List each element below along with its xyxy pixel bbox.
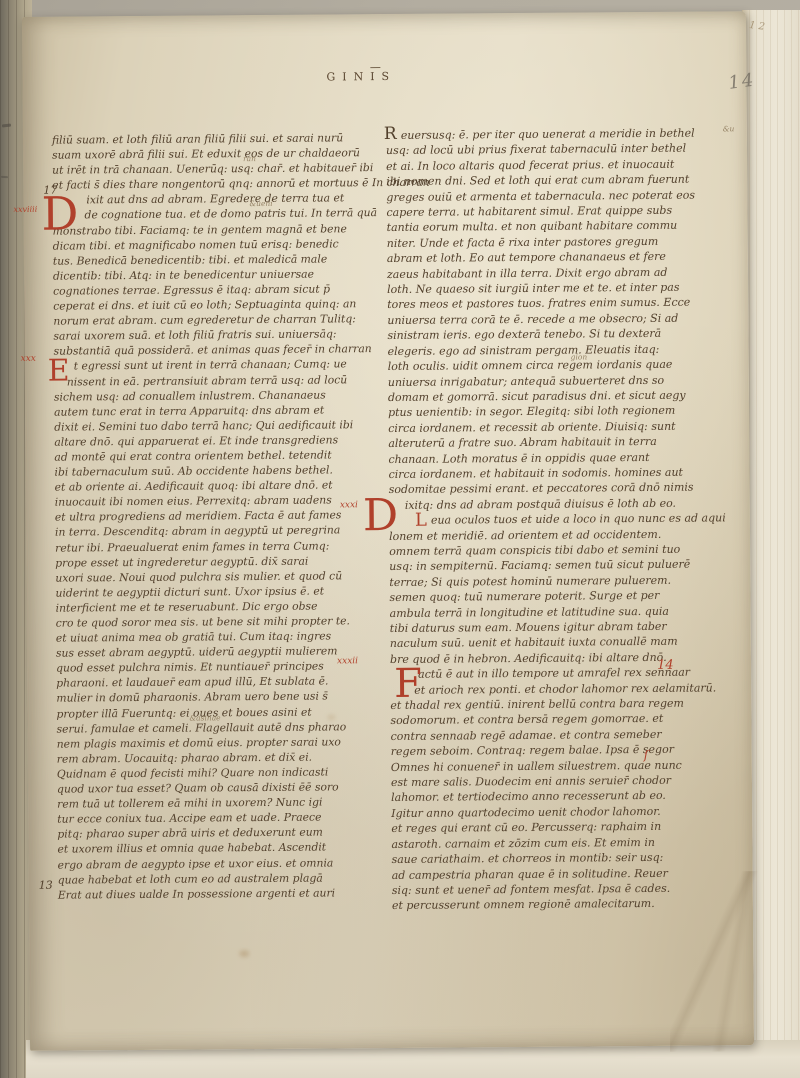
parchment-stain	[239, 950, 249, 957]
text-line: greges ouiū et armenta et tabernacula. n…	[386, 187, 744, 205]
text-line: et arioch rex ponti. et chodor lahomor r…	[390, 680, 748, 698]
margin-number-14-red: 14	[657, 658, 674, 673]
interlinear-gloss-et-ueni: &ueni	[249, 199, 272, 208]
margin-marks-layer: 17xxviiiixxx13xxxixxxii14ſ	[22, 11, 746, 17]
drop-cap-D-genesis12: D	[41, 190, 78, 236]
text-line: Erat aut diues ualde In possessione arge…	[58, 885, 372, 903]
interlinear-gloss-et-u: &u	[723, 124, 735, 133]
margin-chapter-xxviiii: xxviiii	[13, 205, 37, 214]
margin-chapter-xxxii: xxxii	[337, 656, 358, 666]
text-line: sodomitae pessimi erant. et peccatores c…	[389, 480, 747, 498]
text-line: quod uxor tua esset? Quam ob causā dixis…	[57, 779, 371, 797]
text-line: mulier in domū pharaonis. Abram uero ben…	[56, 689, 370, 707]
running-title: GINIS	[326, 70, 396, 84]
running-title-macron	[370, 67, 380, 68]
interlinear-gloss-ran: ran	[243, 154, 256, 163]
folio-number-pencil: 14	[727, 70, 756, 94]
text-column-left: filiū suam. et loth filiū aran filiū fil…	[52, 130, 372, 902]
text-line: retur ibi. Praeualuerat enim fames in te…	[55, 538, 369, 556]
margin-chapter-xxxi: xxxi	[340, 500, 358, 510]
initial-L: L	[415, 512, 427, 530]
drop-cap-E-genesis13: E	[48, 356, 70, 386]
parchment-page: GINIS 12 14 filiū suam. et loth filiū ar…	[22, 11, 754, 1051]
folio-number-ink: 12	[748, 20, 768, 33]
text-line: uiderint te aegyptii dicturi sunt. Uxor …	[55, 583, 369, 601]
drop-cap-D-genesis13-14: D	[363, 494, 399, 538]
parchment-stain	[327, 714, 335, 720]
margin-chapter-xxx: xxx	[21, 354, 36, 364]
paragraph-mark: ſ	[644, 748, 649, 762]
gloss-layer: ran&ueni&asinaegion&u	[22, 11, 746, 17]
text-line: t egressi sunt ut irent in terrā chanaan…	[54, 357, 368, 375]
parchment-crease	[669, 871, 760, 1052]
text-line: et uxorem illius et omnia quae habebat. …	[57, 840, 371, 858]
margin-number-13: 13	[39, 879, 53, 892]
text-line: nem plagis maximis et domū eius. propter…	[57, 734, 371, 752]
interlinear-gloss-gion: gion	[571, 352, 588, 361]
drop-cap-layer: DERDLF	[22, 11, 746, 17]
drop-cap-F-genesis14: F	[394, 664, 422, 704]
text-line: tus. Benedicā benedicentib: tibi. et mal…	[53, 251, 367, 269]
text-line: ergo abram de aegypto ipse et uxor eius.…	[58, 855, 372, 873]
initial-R: R	[384, 126, 397, 143]
margin-number-17: 17	[43, 184, 57, 197]
text-column-right: euersusq: ē. per iter quo uenerat a meri…	[386, 125, 750, 914]
spine-pencil-mark	[1, 176, 8, 178]
interlinear-gloss-et-asinae: &asinae	[189, 713, 220, 722]
text-line: eua oculos tuos et uide a loco in quo nu…	[389, 510, 747, 528]
